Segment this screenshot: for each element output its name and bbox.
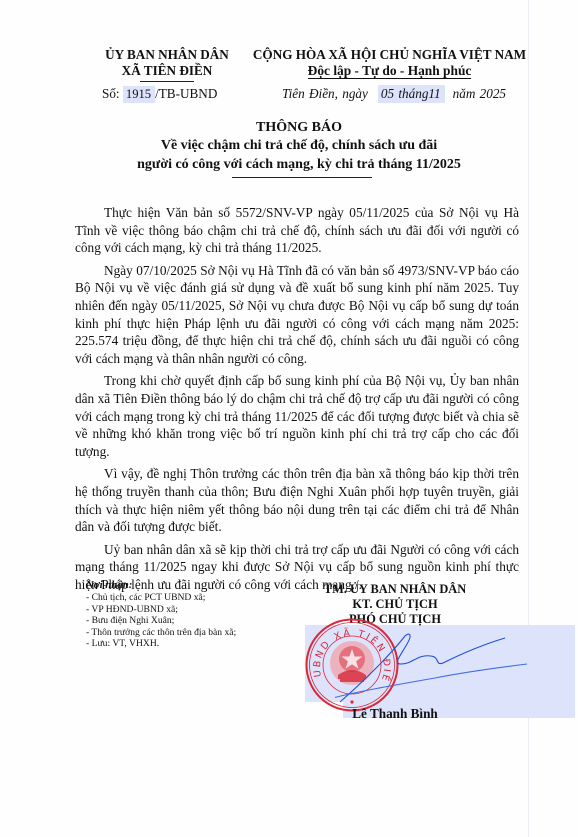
body-paragraph: Ngày 07/10/2025 Sở Nội vụ Hà Tĩnh đã có … <box>75 262 519 368</box>
subject-line-2: người có công với cách mạng, kỳ chi trả … <box>137 156 461 174</box>
recipient-item: - Thôn trưởng các thôn trên địa bàn xã; <box>86 627 286 639</box>
body-paragraph: Thực hiện Văn bản số 5572/SNV-VP ngày 05… <box>75 204 519 257</box>
date-day-month-field[interactable]: 05 tháng11 <box>378 85 445 103</box>
sign-line-1: TM. ỦY BAN NHÂN DÂN <box>300 582 490 597</box>
doc-type: THÔNG BÁO <box>40 119 558 137</box>
subject-line-1: Về việc chậm chi trả chế độ, chính sách … <box>40 137 558 155</box>
number-suffix: /TB-UBND <box>155 86 217 101</box>
agency-header: ỦY BAN NHÂN DÂN XÃ TIÊN ĐIỀN <box>92 47 242 82</box>
number-value-field[interactable]: 1915 <box>123 86 155 103</box>
national-header: CỘNG HÒA XÃ HỘI CHỦ NGHĨA VIỆT NAM Độc l… <box>252 47 527 79</box>
recipient-item: - Lưu: VT, VHXH. <box>86 638 286 650</box>
body-paragraph: Vì vậy, đề nghị Thôn trưởng các thôn trê… <box>75 465 519 535</box>
document-body: Thực hiện Văn bản số 5572/SNV-VP ngày 05… <box>75 204 519 598</box>
signer-name: Lê Thanh Bình <box>300 706 490 722</box>
sign-line-2: KT. CHỦ TỊCH <box>300 597 490 612</box>
agency-name: ỦY BAN NHÂN DÂN <box>92 47 242 63</box>
agency-underline <box>140 81 194 82</box>
body-paragraph: Trong khi chờ quyết định cấp bổ sung kin… <box>75 372 519 460</box>
national-motto: Độc lập - Tự do - Hạnh phúc <box>308 63 472 79</box>
recipient-item: - VP HĐND-UBND xã; <box>86 604 286 616</box>
recipient-item: - Bưu điện Nghi Xuân; <box>86 615 286 627</box>
handwritten-signature-icon <box>335 630 530 705</box>
national-title: CỘNG HÒA XÃ HỘI CHỦ NGHĨA VIỆT NAM <box>252 47 527 63</box>
recipient-item: - Chủ tịch, các PCT UBND xã; <box>86 592 286 604</box>
number-prefix: Số: <box>102 86 120 101</box>
title-underline <box>232 177 372 178</box>
recipients-label: Nơi nhận: <box>86 579 286 592</box>
document-date: Tiên Điền, ngày05 tháng11năm 2025 <box>282 86 506 102</box>
recipients-list: Nơi nhận: - Chủ tịch, các PCT UBND xã; -… <box>86 579 286 650</box>
date-year: năm 2025 <box>453 86 506 101</box>
document-title: THÔNG BÁO Về việc chậm chi trả chế độ, c… <box>40 119 558 174</box>
commune-name: XÃ TIÊN ĐIỀN <box>122 63 213 79</box>
date-place: Tiên Điền, ngày <box>282 86 368 101</box>
document-number: Số: 1915/TB-UBND <box>102 86 217 102</box>
